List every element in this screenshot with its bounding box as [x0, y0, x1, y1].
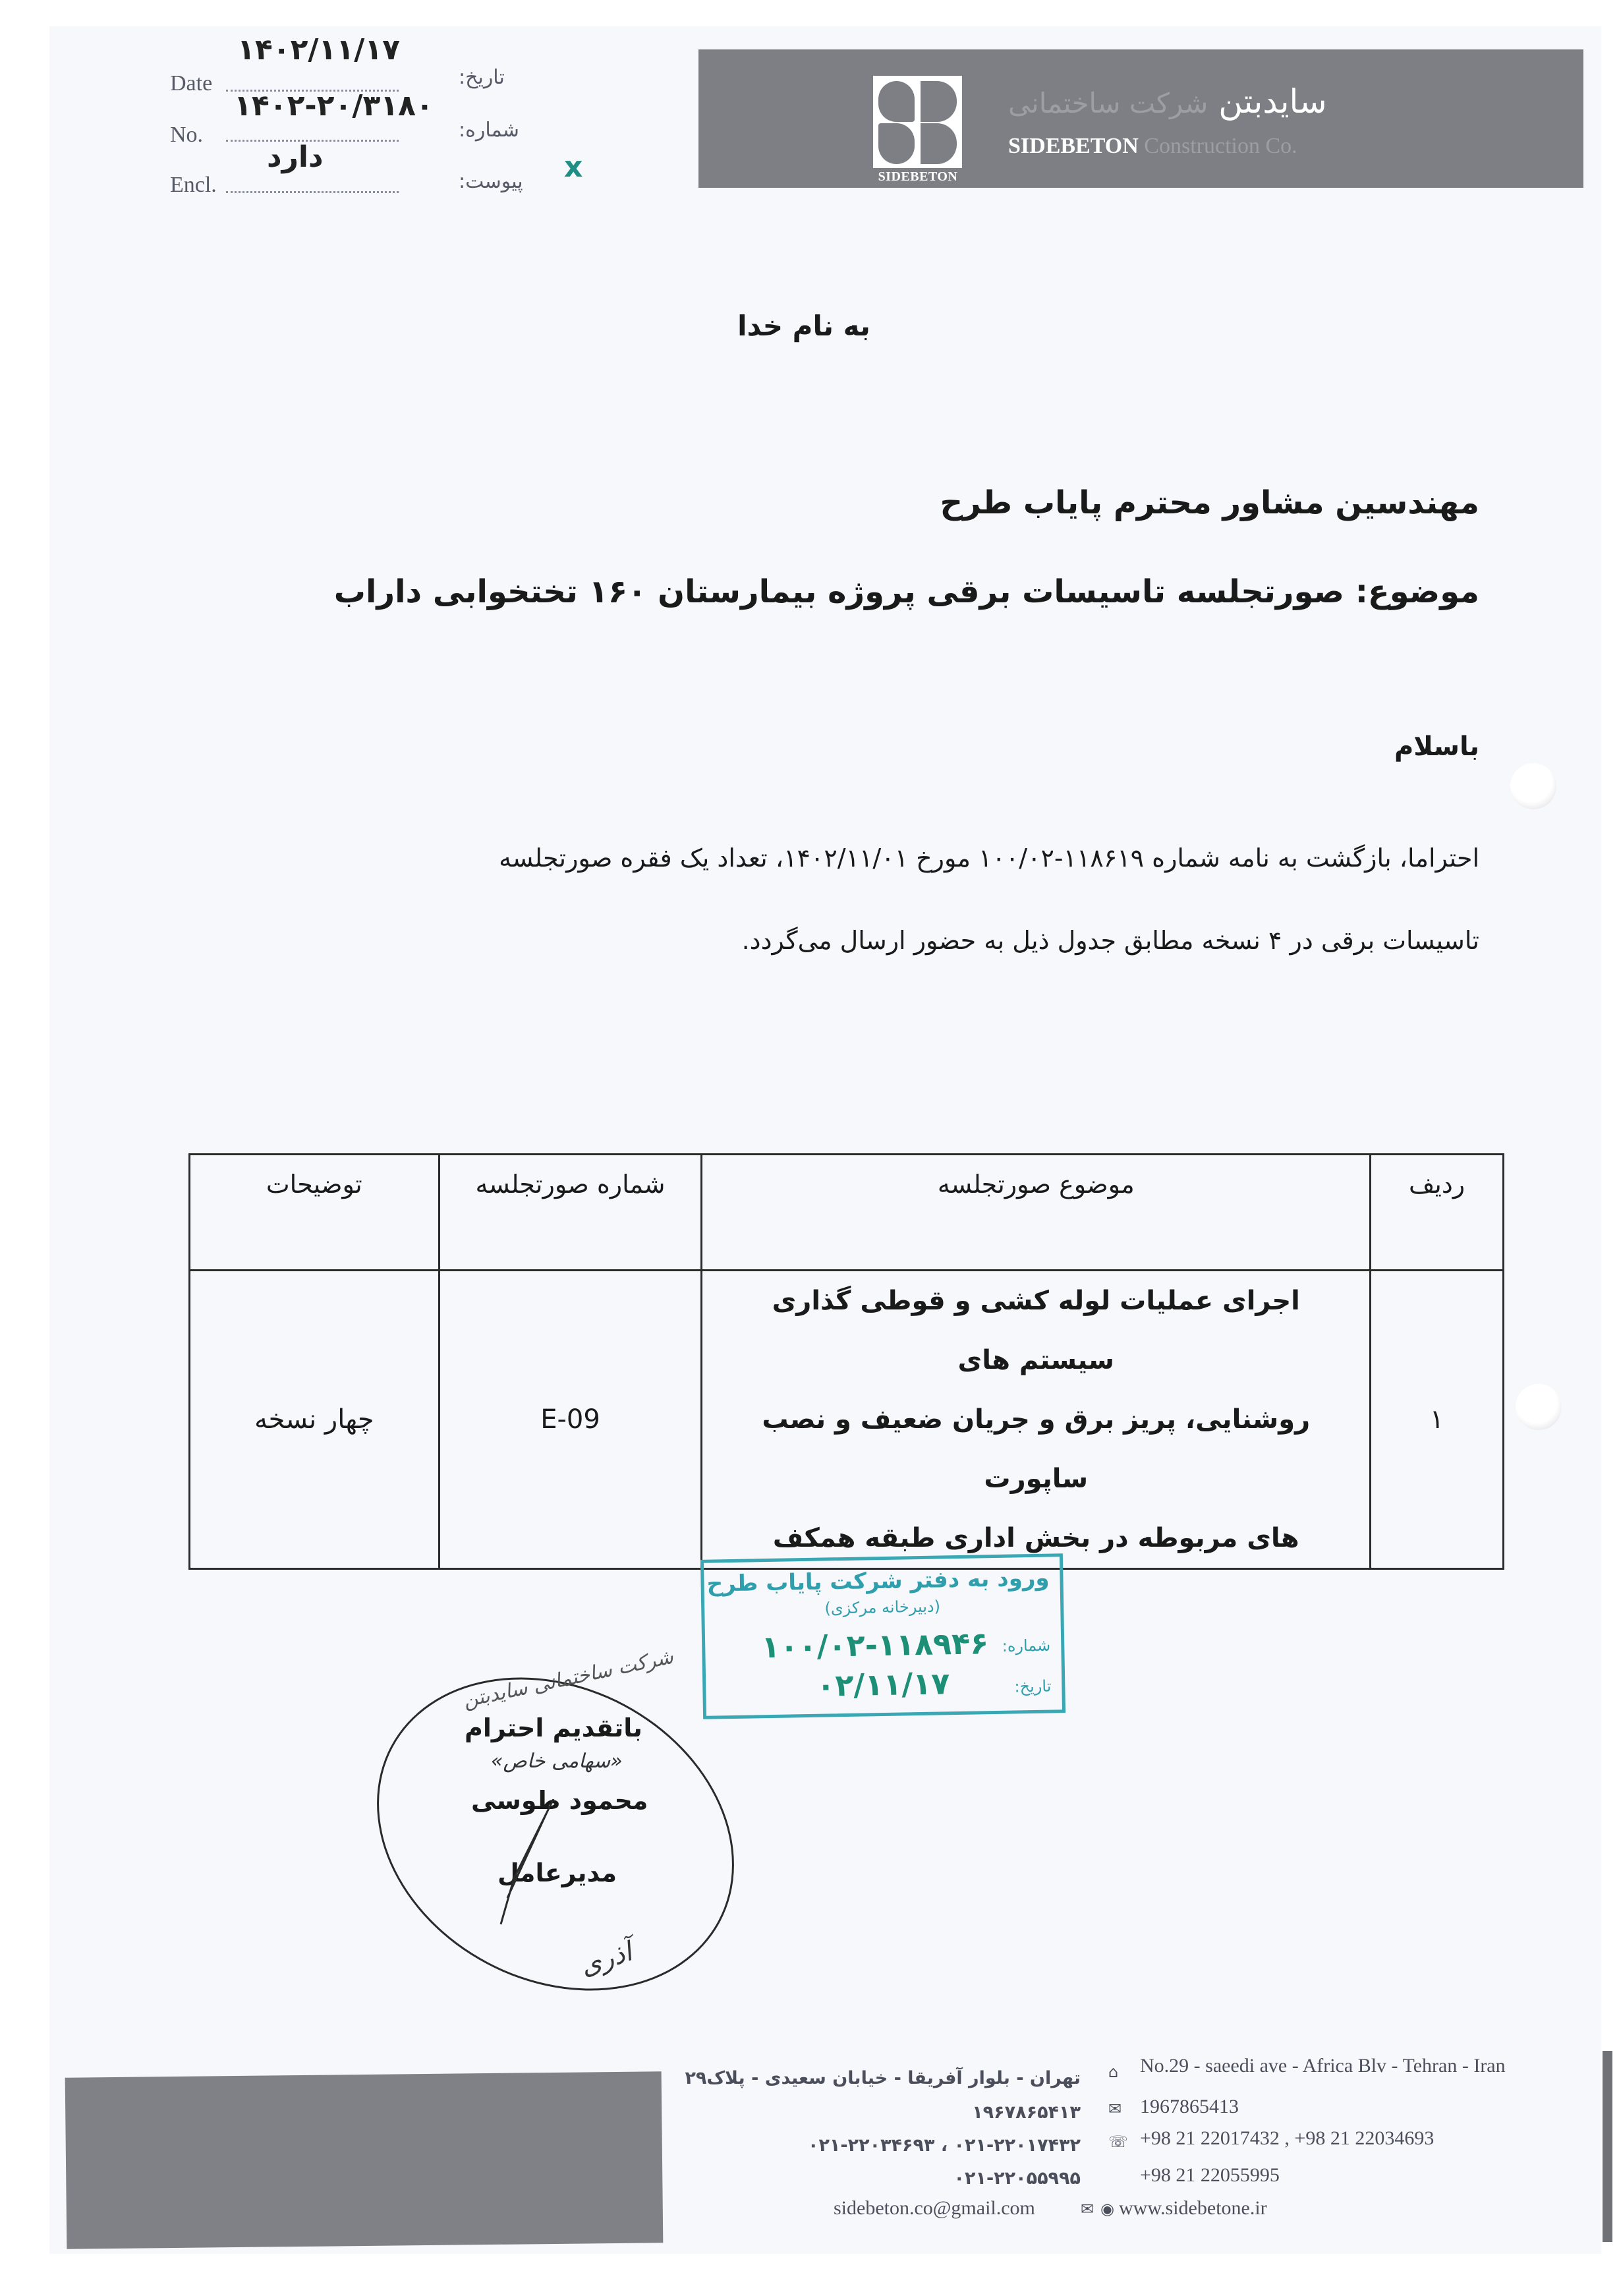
home-icon: ⌂	[1108, 2063, 1118, 2081]
footer-postal-fa: ۱۹۶۷۸۶۵۴۱۳	[972, 2102, 1081, 2123]
header-notes: توضیحات	[190, 1155, 440, 1271]
bismillah-heading: به نام خدا	[698, 310, 909, 342]
addressee: مهندسین مشاور محترم پایاب طرح	[940, 484, 1479, 521]
cell-notes: چهار نسخه	[190, 1271, 440, 1569]
phone-icon: ☏	[1108, 2133, 1128, 2151]
body-paragraph-line-2: تاسیسات برقی در ۴ نسخه مطابق جدول ذیل به…	[742, 926, 1479, 955]
company-name-fa: سایدبتن شرکت ساختمانی	[1008, 82, 1327, 121]
company-name-en-main: SIDEBETON	[1008, 134, 1139, 158]
company-header-band: SIDEBETON سایدبتن شرکت ساختمانی SIDEBETO…	[698, 49, 1583, 188]
footer-address-fa: تهران - بلوار آفریقا - خیابان سعیدی - پل…	[685, 2068, 1081, 2088]
cell-topic-line-1: اجرای عملیات لوله کشی و قوطی گذاری سیستم…	[722, 1271, 1349, 1390]
footer-phones-en: +98 21 22017432 , +98 21 22034693	[1140, 2127, 1434, 2150]
web-icon: ◉	[1100, 2200, 1114, 2218]
header-topic: موضوع صورتجلسه	[702, 1155, 1371, 1271]
stamp-title: ورود به دفتر شرکت پایاب طرح	[706, 1565, 1049, 1597]
footer-website-link[interactable]: www.sidebetone.ir	[1119, 2197, 1267, 2220]
cell-row-number: ۱	[1371, 1271, 1504, 1569]
stamp-subtitle: (دبیرخانه مرکزی)	[704, 1595, 1060, 1619]
footer-band	[65, 2071, 664, 2249]
body-paragraph-line-1: احتراما، بازگشت به نامه شماره ۱۱۸۶۱۹-۱۰۰…	[499, 844, 1479, 873]
company-logo	[873, 76, 962, 168]
number-label-fa: شماره:	[459, 119, 519, 142]
logo-b-bottom-shape	[921, 123, 957, 164]
postal-code-icon: ✉	[1108, 2100, 1122, 2118]
footer-email-link[interactable]: sidebeton.co@gmail.com	[834, 2197, 1035, 2220]
logo-b-top-shape	[921, 81, 957, 122]
date-label-en: Date	[170, 71, 212, 96]
footer-fax-fa: ۰۲۱-۲۲۰۵۵۹۹۵	[954, 2168, 1081, 2189]
punch-hole-lower	[1516, 1384, 1562, 1430]
paper-sheet	[49, 26, 1601, 2254]
logo-s-bottom-shape	[878, 123, 915, 164]
footer-fax-en: +98 21 22055995	[1140, 2164, 1280, 2187]
company-name-en-suffix: Construction Co.	[1144, 134, 1297, 158]
enclosure-dotted-line	[226, 191, 399, 193]
stamp-number-label: شماره:	[1002, 1636, 1050, 1655]
date-label-fa: تاریخ:	[459, 66, 505, 89]
date-value: ۱۴۰۲/۱۱/۱۷	[237, 33, 400, 67]
number-value: ۱۴۰۲-۲۰/۳۱۸۰	[234, 89, 434, 123]
signature-pen-stroke	[488, 1799, 567, 1931]
table-row: ۱ اجرای عملیات لوله کشی و قوطی گذاری سیس…	[190, 1271, 1504, 1569]
enclosure-label-en: Encl.	[170, 173, 217, 198]
cell-topic-line-2: روشنایی، پریز برق و جریان ضعیف و نصب ساپ…	[722, 1390, 1349, 1508]
check-mark-icon: x	[564, 150, 582, 184]
punch-hole-upper	[1510, 763, 1556, 809]
table-header-row: ردیف موضوع صورتجلسه شماره صورتجلسه توضیح…	[190, 1155, 1504, 1271]
greeting: باسلام	[1394, 732, 1479, 762]
enclosure-label-fa: پیوست:	[459, 170, 523, 193]
number-label-en: No.	[170, 123, 203, 148]
footer-side-bar	[1603, 2051, 1612, 2242]
minutes-table: ردیف موضوع صورتجلسه شماره صورتجلسه توضیح…	[188, 1153, 1504, 1570]
company-name-en: SIDEBETON Construction Co.	[1008, 134, 1297, 159]
header-row-number: ردیف	[1371, 1155, 1504, 1271]
footer-postal-en: 1967865413	[1140, 2096, 1239, 2118]
stamp-date-value: ۰۲/۱۱/۱۷	[816, 1665, 950, 1704]
cell-minutes-number: E-09	[439, 1271, 702, 1569]
stamp-number-value: ۱۰۰/۰۲-۱۱۸۹۴۶	[761, 1625, 989, 1665]
cell-topic: اجرای عملیات لوله کشی و قوطی گذاری سیستم…	[702, 1271, 1371, 1569]
company-name-fa-main: سایدبتن	[1218, 82, 1326, 121]
header-minutes-number: شماره صورتجلسه	[439, 1155, 702, 1271]
logo-caption: SIDEBETON	[868, 169, 967, 185]
stamp-date-label: تاریخ:	[1014, 1677, 1051, 1696]
enclosure-value: دارد	[267, 140, 324, 174]
signature-closing: باتقدیم احترام	[465, 1713, 642, 1742]
receipt-stamp: ورود به دفتر شرکت پایاب طرح (دبیرخانه مر…	[700, 1553, 1065, 1719]
subject-line: موضوع: صورتجلسه تاسیسات برقی پروژه بیمار…	[334, 573, 1479, 610]
logo-s-top-shape	[878, 81, 915, 122]
footer-phones-fa: ۰۲۱-۲۲۰۱۷۴۳۲ ، ۰۲۱-۲۲۰۳۴۶۹۳	[808, 2135, 1081, 2156]
email-icon: ✉	[1081, 2200, 1094, 2218]
footer-address-en: No.29 - saeedi ave - Africa Blv - Tehran…	[1140, 2055, 1506, 2077]
company-name-fa-prefix: شرکت ساختمانی	[1008, 87, 1208, 119]
signature-handwritten-note: «سهامی خاص»	[491, 1750, 623, 1773]
